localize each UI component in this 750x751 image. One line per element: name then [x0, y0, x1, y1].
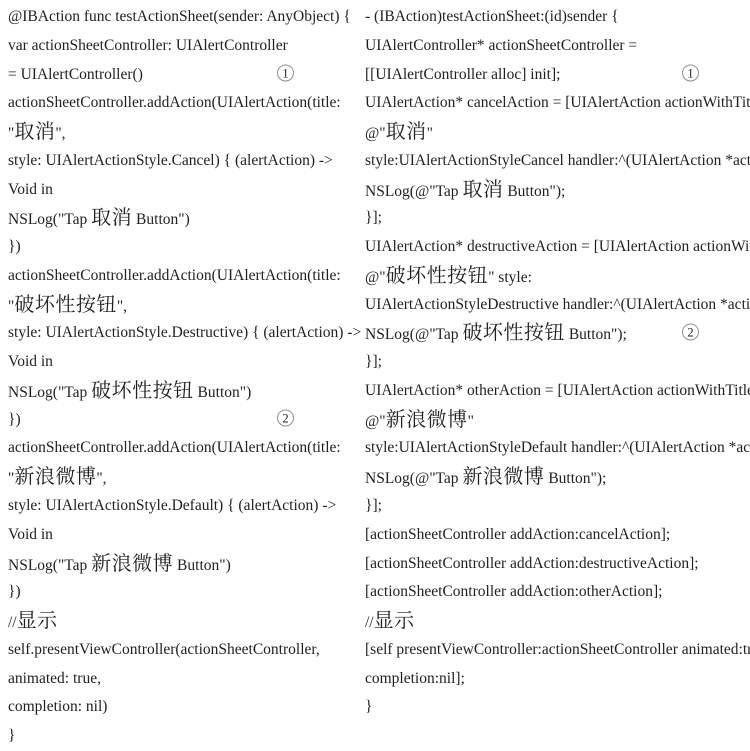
code-line: } [8, 722, 365, 751]
code-line: completion:nil]; [365, 665, 750, 694]
code-text: }) [8, 583, 21, 600]
code-text: }]; [365, 209, 382, 226]
cjk-text: 新浪微博 [91, 553, 173, 575]
code-line: completion: nil) [8, 693, 365, 722]
code-line: @"取消" [365, 118, 750, 147]
code-text: UIAlertAction* destructiveAction = [UIAl… [365, 238, 750, 255]
code-line: var actionSheetController: UIAlertContro… [8, 32, 365, 61]
code-text: @"新浪微博" [365, 413, 474, 430]
code-text: }) [8, 411, 21, 428]
cjk-text: 新浪微博 [386, 409, 468, 431]
code-text: } [365, 698, 372, 715]
code-text: - (IBAction)testActionSheet:(id)sender { [365, 8, 619, 25]
cjk-text: 取消 [462, 179, 503, 201]
code-text: NSLog(@"Tap 新浪微博 Button"); [365, 470, 606, 487]
callout-2-marker: 2 [682, 323, 699, 340]
code-line: [actionSheetController addAction:destruc… [365, 550, 750, 579]
code-text: UIAlertController* actionSheetController… [365, 37, 637, 54]
cjk-text: 显示 [17, 610, 58, 632]
code-text: completion:nil]; [365, 670, 465, 687]
cjk-text: 取消 [386, 121, 427, 143]
code-line: Void in [8, 348, 365, 377]
code-text: NSLog("Tap 取消 Button") [8, 211, 190, 228]
code-text: //显示 [8, 614, 58, 631]
code-text: style:UIAlertActionStyleCancel handler:^… [365, 152, 750, 169]
code-text: @"取消" [365, 125, 433, 142]
cjk-text: 取消 [91, 207, 132, 229]
code-line: NSLog(@"Tap 破坏性按钮 Button");2 [365, 319, 750, 348]
code-line: actionSheetController.addAction(UIAlertA… [8, 89, 365, 118]
code-text: = UIAlertController() [8, 66, 143, 83]
code-line: style:UIAlertActionStyleDefault handler:… [365, 434, 750, 463]
code-line: } [365, 693, 750, 722]
code-text: var actionSheetController: UIAlertContro… [8, 37, 288, 54]
code-line: NSLog("Tap 新浪微博 Button") [8, 550, 365, 579]
code-text: UIAlertActionStyleDestructive handler:^(… [365, 296, 750, 313]
code-line: UIAlertActionStyleDestructive handler:^(… [365, 291, 750, 320]
code-line: })2 [8, 406, 365, 435]
code-line: self.presentViewController(actionSheetCo… [8, 636, 365, 665]
code-text: }]; [365, 497, 382, 514]
code-line: }) [8, 233, 365, 262]
code-text: Void in [8, 353, 53, 370]
code-line: @IBAction func testActionSheet(sender: A… [8, 3, 365, 32]
code-text: style: UIAlertActionStyle.Default) { (al… [8, 497, 336, 514]
code-line: NSLog(@"Tap 新浪微博 Button"); [365, 463, 750, 492]
code-line: @"新浪微博" [365, 406, 750, 435]
code-line: NSLog(@"Tap 取消 Button"); [365, 176, 750, 205]
code-line: NSLog("Tap 取消 Button") [8, 204, 365, 233]
code-line: }]; [365, 492, 750, 521]
code-line: UIAlertAction* destructiveAction = [UIAl… [365, 233, 750, 262]
code-page: @IBAction func testActionSheet(sender: A… [0, 0, 750, 751]
code-text: UIAlertAction* cancelAction = [UIAlertAc… [365, 94, 750, 111]
code-line: actionSheetController.addAction(UIAlertA… [8, 434, 365, 463]
code-text: }) [8, 238, 21, 255]
code-line: Void in [8, 176, 365, 205]
code-line: [self presentViewController:actionSheetC… [365, 636, 750, 665]
code-line: style: UIAlertActionStyle.Destructive) {… [8, 319, 365, 348]
code-line: actionSheetController.addAction(UIAlertA… [8, 262, 365, 291]
code-text: //显示 [365, 614, 415, 631]
code-line: style: UIAlertActionStyle.Default) { (al… [8, 492, 365, 521]
code-text: completion: nil) [8, 698, 107, 715]
code-line: style:UIAlertActionStyleCancel handler:^… [365, 147, 750, 176]
code-text: style: UIAlertActionStyle.Destructive) {… [8, 324, 361, 341]
code-text: Void in [8, 181, 53, 198]
code-line: //显示 [8, 607, 365, 636]
code-text: [actionSheetController addAction:destruc… [365, 555, 699, 572]
callout-1-marker: 1 [682, 64, 699, 81]
code-text: NSLog("Tap 破坏性按钮 Button") [8, 384, 251, 401]
cjk-text: 破坏性按钮 [462, 322, 565, 344]
code-line: [actionSheetController addAction:cancelA… [365, 521, 750, 550]
code-line: UIAlertAction* cancelAction = [UIAlertAc… [365, 89, 750, 118]
cjk-text: 破坏性按钮 [91, 380, 194, 402]
code-text: actionSheetController.addAction(UIAlertA… [8, 94, 341, 111]
objc-code-column: - (IBAction)testActionSheet:(id)sender {… [365, 3, 750, 751]
code-text: animated: true, [8, 670, 101, 687]
code-text: actionSheetController.addAction(UIAlertA… [8, 439, 341, 456]
code-text: [self presentViewController:actionSheetC… [365, 641, 750, 658]
code-text: self.presentViewController(actionSheetCo… [8, 641, 320, 658]
cjk-text: 取消 [14, 121, 55, 143]
code-line: [[UIAlertController alloc] init];1 [365, 61, 750, 90]
code-text: style:UIAlertActionStyleDefault handler:… [365, 439, 750, 456]
code-line: = UIAlertController()1 [8, 61, 365, 90]
code-text: NSLog(@"Tap 取消 Button"); [365, 183, 565, 200]
code-line: @"破坏性按钮" style: [365, 262, 750, 291]
cjk-text: 显示 [374, 610, 415, 632]
code-text: actionSheetController.addAction(UIAlertA… [8, 267, 341, 284]
cjk-text: 破坏性按钮 [386, 265, 489, 287]
code-line: Void in [8, 521, 365, 550]
code-text: [actionSheetController addAction:otherAc… [365, 583, 662, 600]
code-text: [actionSheetController addAction:cancelA… [365, 526, 670, 543]
code-line: }) [8, 578, 365, 607]
code-text: "新浪微博", [8, 470, 107, 487]
swift-code-column: @IBAction func testActionSheet(sender: A… [0, 3, 365, 751]
code-line: "新浪微博", [8, 463, 365, 492]
code-line: }]; [365, 348, 750, 377]
code-text: NSLog(@"Tap 破坏性按钮 Button"); [365, 326, 627, 343]
code-text: NSLog("Tap 新浪微博 Button") [8, 557, 231, 574]
code-text: style: UIAlertActionStyle.Cancel) { (ale… [8, 152, 333, 169]
code-line: style: UIAlertActionStyle.Cancel) { (ale… [8, 147, 365, 176]
code-text: }]; [365, 353, 382, 370]
code-text: [[UIAlertController alloc] init]; [365, 66, 560, 83]
code-line: UIAlertController* actionSheetController… [365, 32, 750, 61]
code-text: Void in [8, 526, 53, 543]
code-line: NSLog("Tap 破坏性按钮 Button") [8, 377, 365, 406]
callout-1-marker: 1 [277, 64, 294, 81]
callout-2-marker: 2 [277, 410, 294, 427]
code-text: @IBAction func testActionSheet(sender: A… [8, 8, 351, 25]
cjk-text: 新浪微博 [14, 466, 96, 488]
code-line: "破坏性按钮", [8, 291, 365, 320]
code-line: "取消", [8, 118, 365, 147]
code-line: [actionSheetController addAction:otherAc… [365, 578, 750, 607]
cjk-text: 新浪微博 [462, 466, 544, 488]
code-line: //显示 [365, 607, 750, 636]
cjk-text: 破坏性按钮 [14, 294, 117, 316]
code-line: UIAlertAction* otherAction = [UIAlertAct… [365, 377, 750, 406]
code-line: }]; [365, 204, 750, 233]
code-text: } [8, 727, 15, 744]
code-text: "破坏性按钮", [8, 298, 127, 315]
code-text: "取消", [8, 125, 66, 142]
code-line: - (IBAction)testActionSheet:(id)sender { [365, 3, 750, 32]
code-line: animated: true, [8, 665, 365, 694]
code-text: UIAlertAction* otherAction = [UIAlertAct… [365, 382, 750, 399]
code-text: @"破坏性按钮" style: [365, 269, 532, 286]
